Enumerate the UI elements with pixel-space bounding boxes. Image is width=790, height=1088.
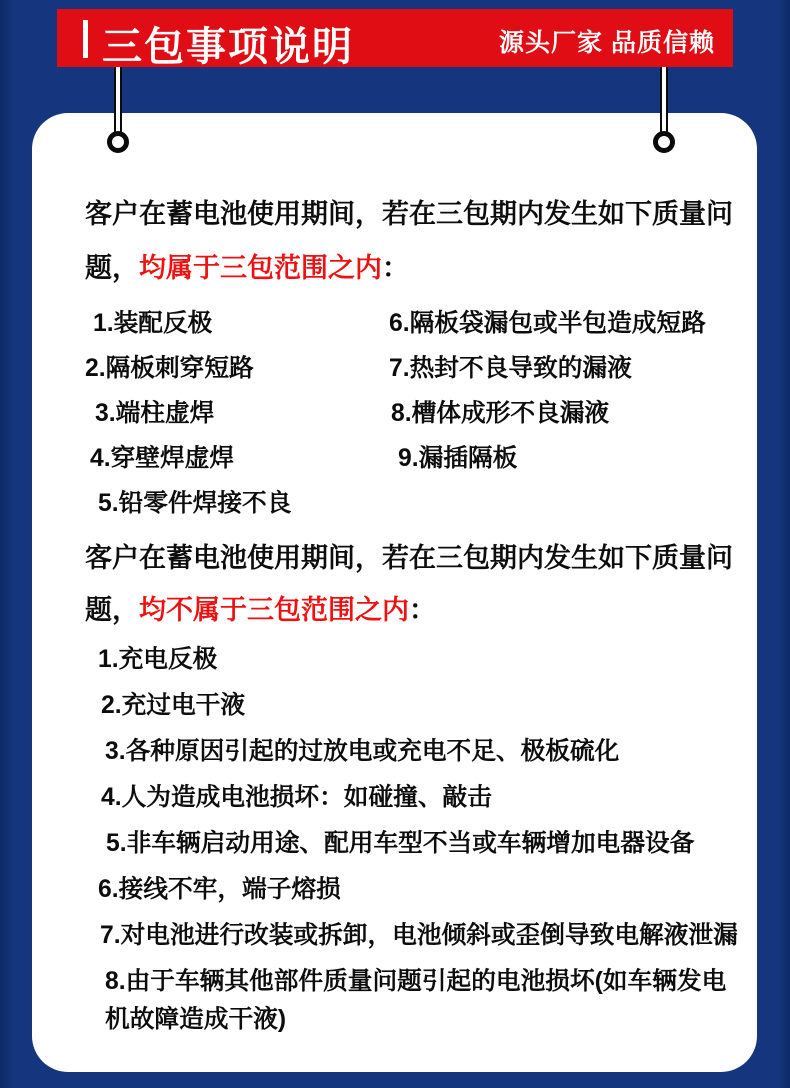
hanger-string-right — [660, 66, 668, 140]
warranty-card: 客户在蓄电池使用期间，若在三包期内发生如下质量问题，均属于三包范围之内： 1.装… — [32, 113, 757, 1072]
list-item: 3.端柱虚焊 — [85, 401, 389, 427]
list-item: 6.隔板袋漏包或半包造成短路 — [389, 311, 706, 337]
hanger-string-left — [114, 66, 122, 140]
list-item: 2.隔板刺穿短路 — [85, 356, 389, 382]
list-item: 8.槽体成形不良漏液 — [389, 401, 706, 427]
header-banner: 三包事项说明 源头厂家 品质信赖 — [57, 9, 733, 67]
not-covered-list: 1.充电反极 2.充过电干液 3.各种原因引起的过放电或充电不足、极板硫化 4.… — [85, 647, 745, 1039]
list-item: 8.由于车辆其他部件质量问题引起的电池损坏(如车辆发电机故障造成干液) — [105, 963, 745, 1039]
list-item: 2.充过电干液 — [101, 693, 745, 719]
covered-intro-highlight: 均属于三包范围之内 — [139, 253, 382, 283]
list-item: 5.铅零件焊接不良 — [85, 491, 389, 517]
grommet-left-icon — [107, 131, 129, 153]
list-item: 3.各种原因引起的过放电或充电不足、极板硫化 — [105, 739, 745, 765]
covered-list: 1.装配反极 2.隔板刺穿短路 3.端柱虚焊 4.穿壁焊虚焊 5.铅零件焊接不良… — [85, 311, 745, 517]
grommet-right-icon — [653, 131, 675, 153]
list-item: 7.对电池进行改装或拆卸，电池倾斜或歪倒导致电解液泄漏 — [100, 923, 745, 949]
title-accent-bar — [83, 20, 88, 58]
covered-list-left-column: 1.装配反极 2.隔板刺穿短路 3.端柱虚焊 4.穿壁焊虚焊 5.铅零件焊接不良 — [85, 311, 389, 517]
not-covered-intro-highlight: 均不属于三包范围之内 — [139, 595, 409, 625]
not-covered-intro: 客户在蓄电池使用期间，若在三包期内发生如下质量问题，均不属于三包范围之内： — [85, 532, 745, 636]
header-tagline: 源头厂家 品质信赖 — [499, 23, 715, 59]
list-item: 4.穿壁焊虚焊 — [85, 446, 389, 472]
not-covered-intro-colon: ： — [409, 595, 436, 625]
list-item: 6.接线不牢，端子熔损 — [98, 877, 745, 903]
covered-list-right-column: 6.隔板袋漏包或半包造成短路 7.热封不良导致的漏液 8.槽体成形不良漏液 9.… — [389, 311, 706, 517]
list-item: 7.热封不良导致的漏液 — [389, 356, 706, 382]
list-item: 1.充电反极 — [98, 647, 745, 673]
covered-intro: 客户在蓄电池使用期间，若在三包期内发生如下质量问题，均属于三包范围之内： — [85, 187, 745, 295]
list-item: 5.非车辆启动用途、配用车型不当或车辆增加电器设备 — [106, 831, 745, 857]
page-title: 三包事项说明 — [102, 15, 354, 72]
list-item: 9.漏插隔板 — [389, 446, 706, 472]
list-item: 4.人为造成电池损坏：如碰撞、敲击 — [101, 785, 745, 811]
covered-intro-colon: ： — [382, 253, 409, 283]
list-item: 1.装配反极 — [85, 311, 389, 337]
